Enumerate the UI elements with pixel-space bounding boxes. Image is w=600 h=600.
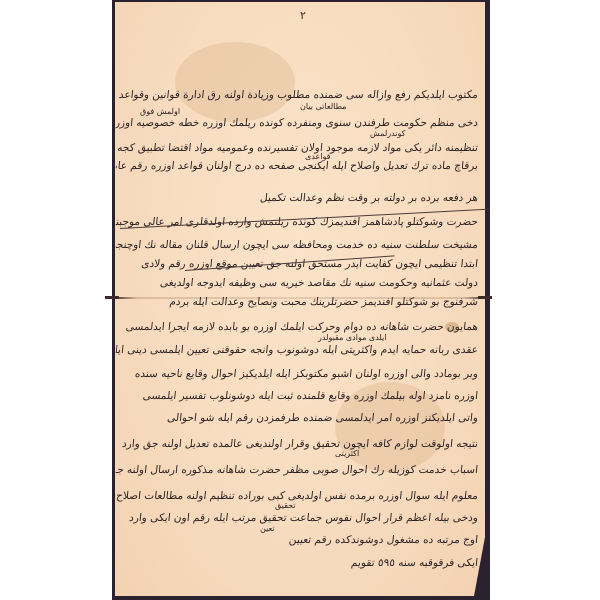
manuscript-line: دولت عثمانيه وحكومت سنيه نك مقاصد خيريه …: [115, 277, 478, 289]
interlinear-insertion: اولمش فوق: [140, 107, 180, 116]
manuscript-line: نتيجه اولوقت لوازم كافه ايچون تحقيق وقرا…: [115, 438, 478, 450]
manuscript-line: مشيخت سلطنت سنيه ده خدمت ومحافظه سى ايچو…: [115, 239, 478, 251]
manuscript-line: عقدى ربانه حمايه ايدم واكثريتى ايله دوشو…: [115, 344, 478, 356]
fold-notch-right: [478, 296, 492, 299]
interlinear-insertion: مطالعاتى بيان: [300, 102, 346, 111]
interlinear-insertion: تحقيق: [275, 501, 296, 510]
page-number: ٢: [300, 9, 306, 22]
manuscript-line: تنظيمنه دائر يكى مواد لازمه موجود اولان …: [115, 142, 478, 154]
manuscript-line: همايون حضرت شاهانه ده دوام وحركت ايلمك ا…: [115, 321, 478, 333]
manuscript-line: ابتدا تنظيمى ايچون كفايت ايدر مستحق اولن…: [115, 258, 478, 270]
interlinear-insertion: اكثريتى: [335, 449, 359, 458]
interlinear-insertion: ايلدى موادى مقبولدر: [318, 333, 387, 342]
manuscript-line: ايكى فرقوقبه سنه ٥٩٥ تقويم: [115, 557, 478, 569]
scanned-document: ٢ مكتوب ايلديكم رفع وازاله سى ضمنده مطلو…: [0, 0, 600, 600]
interlinear-insertion: قواعدى: [305, 152, 330, 161]
manuscript-line: اسباب خدمت كوزيله رك احوال صوبى مظفر حضر…: [115, 464, 478, 476]
interlinear-insertion: كوندرلمش: [370, 129, 406, 138]
manuscript-line: اوج مرتبه ده مشغول دوشوندكده رقم تعيين: [115, 534, 478, 546]
manuscript-line: وبر بومادد والى اوزره اولنان اشبو مكتوبك…: [115, 368, 478, 380]
manuscript-line: معلوم ايله سوال اوزره برمده نفس اولديغى …: [115, 490, 478, 502]
manuscript-line: اوزره نامزد اوله بيلمك اوزره وقايع قلمند…: [115, 390, 478, 402]
interlinear-insertion: تعين: [260, 524, 275, 533]
manuscript-line: هر دفعه برده بر دولته بر وقت نظم وعدالت …: [115, 192, 478, 204]
manuscript-line: برقاچ ماده ترك تعديل واصلاح ايله ايكنجى …: [115, 160, 478, 172]
manuscript-line: دخى منظم حكومت طرفندن سنوى ومنفرده كونده…: [115, 117, 478, 129]
manuscript-line: ودخى بيله اعظم قرار احوال نفوس جماعت تحق…: [115, 512, 478, 524]
manuscript-line: واتى ايلديكنز اوزره امر ايدلمسى ضمنده طر…: [115, 412, 478, 424]
manuscript-line: شرفنوج بو شوكتلو افنديمز حضرتلرينك محبت …: [115, 296, 478, 308]
paper-stain: [175, 42, 295, 122]
manuscript-line: مكتوب ايلديكم رفع وازاله سى ضمنده مطلوب …: [115, 89, 478, 101]
